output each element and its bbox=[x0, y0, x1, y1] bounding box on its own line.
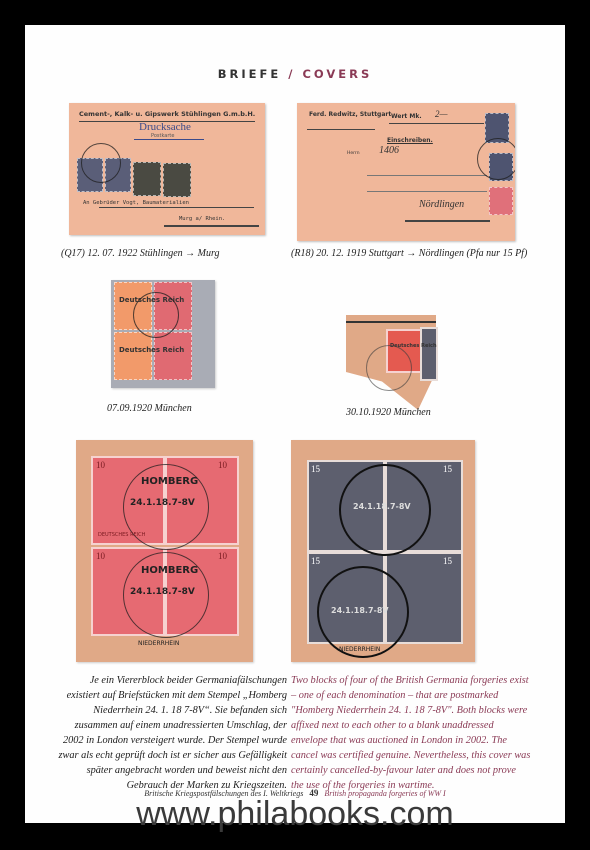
section-header: BRIEFE / COVERS bbox=[25, 67, 565, 81]
book-page: BRIEFE / COVERS Cement-, Kalk- u. Gipswe… bbox=[25, 25, 565, 823]
denomination: 15 bbox=[311, 556, 320, 566]
body-text-english: Two blocks of four of the British German… bbox=[291, 673, 531, 793]
block-10-image: 10 10 10 10 HOMBERG 24.1.18.7-8V HOMBERG… bbox=[76, 440, 253, 662]
denomination: 15 bbox=[311, 464, 320, 474]
stamp-grey bbox=[420, 327, 438, 381]
cover-r18-value-label: Wert Mk. bbox=[391, 113, 422, 120]
stamp-text: DEUTSCHES REICH bbox=[98, 532, 145, 538]
header-english: COVERS bbox=[302, 67, 372, 81]
postmark-region: NIEDERRHEIN bbox=[339, 646, 380, 653]
stamp-numeral bbox=[163, 163, 191, 197]
caption-r18: (R18) 20. 12. 1919 Stuttgart → Nördlinge… bbox=[291, 248, 527, 259]
cover-q17-destination: Murg a/ Rhein. bbox=[179, 216, 225, 222]
piece-1-image: Deutsches Reich Deutsches Reich bbox=[111, 280, 215, 388]
stamp-germania-red bbox=[489, 187, 513, 215]
caption-q17: (Q17) 12. 07. 1922 Stühlingen → Murg bbox=[61, 248, 220, 259]
denomination: 15 bbox=[443, 464, 452, 474]
postmark-town: HOMBERG bbox=[141, 476, 198, 487]
body-text-german: Je ein Viererblock beider Germaniafälsch… bbox=[55, 673, 287, 793]
cover-r18-value: 2— bbox=[435, 109, 448, 119]
postmark-region: NIEDERRHEIN bbox=[138, 640, 179, 647]
denomination: 10 bbox=[218, 460, 227, 470]
postmark-date: 24.1.18.7-8V bbox=[353, 502, 411, 511]
watermark-url: www.philabooks.com bbox=[25, 795, 565, 834]
postmark-date: 24.1.18.7-8V bbox=[331, 606, 389, 615]
cover-r18-registered: Einschreiben. bbox=[387, 137, 433, 144]
postmark-town: HOMBERG bbox=[141, 565, 198, 576]
stamp-overprint bbox=[114, 332, 152, 380]
cover-r18-sender: Ferd. Redwitz, Stuttgart bbox=[309, 111, 391, 118]
denomination: 10 bbox=[96, 551, 105, 561]
cover-q17-image: Cement-, Kalk- u. Gipswerk Stühlingen G.… bbox=[69, 103, 265, 235]
cover-q17-address: An Gebrüder Vogt, Baumaterialien bbox=[83, 200, 189, 206]
caption-piece-2: 30.10.1920 München bbox=[346, 407, 431, 418]
denomination: 15 bbox=[443, 556, 452, 566]
cover-r18-destination: Nördlingen bbox=[419, 199, 464, 210]
cover-q17-sender: Cement-, Kalk- u. Gipswerk Stühlingen G.… bbox=[79, 110, 255, 118]
denomination: 10 bbox=[218, 551, 227, 561]
denomination: 10 bbox=[96, 460, 105, 470]
cover-r18-salutation: Herrn bbox=[347, 151, 360, 156]
caption-piece-1: 07.09.1920 München bbox=[107, 403, 192, 414]
cover-q17-label: Drucksache bbox=[139, 121, 191, 133]
cover-r18-number: 1406 bbox=[379, 145, 399, 156]
overprint-text: Deutsches Reich bbox=[119, 346, 184, 355]
postmark-date: 24.1.18.7-8V bbox=[130, 587, 195, 597]
piece-2-image: Deutsches Reich bbox=[346, 315, 436, 410]
postmark-date: 24.1.18.7-8V bbox=[130, 498, 195, 508]
stamp-germania-red bbox=[154, 332, 192, 380]
cover-r18-image: Ferd. Redwitz, Stuttgart Wert Mk. 2— Ein… bbox=[297, 103, 515, 241]
header-separator: / bbox=[288, 67, 295, 81]
header-german: BRIEFE bbox=[218, 67, 281, 81]
stamp-numeral bbox=[133, 162, 161, 196]
block-15-image: 15 15 15 15 24.1.18.7-8V 24.1.18.7-8V NI… bbox=[291, 440, 475, 662]
